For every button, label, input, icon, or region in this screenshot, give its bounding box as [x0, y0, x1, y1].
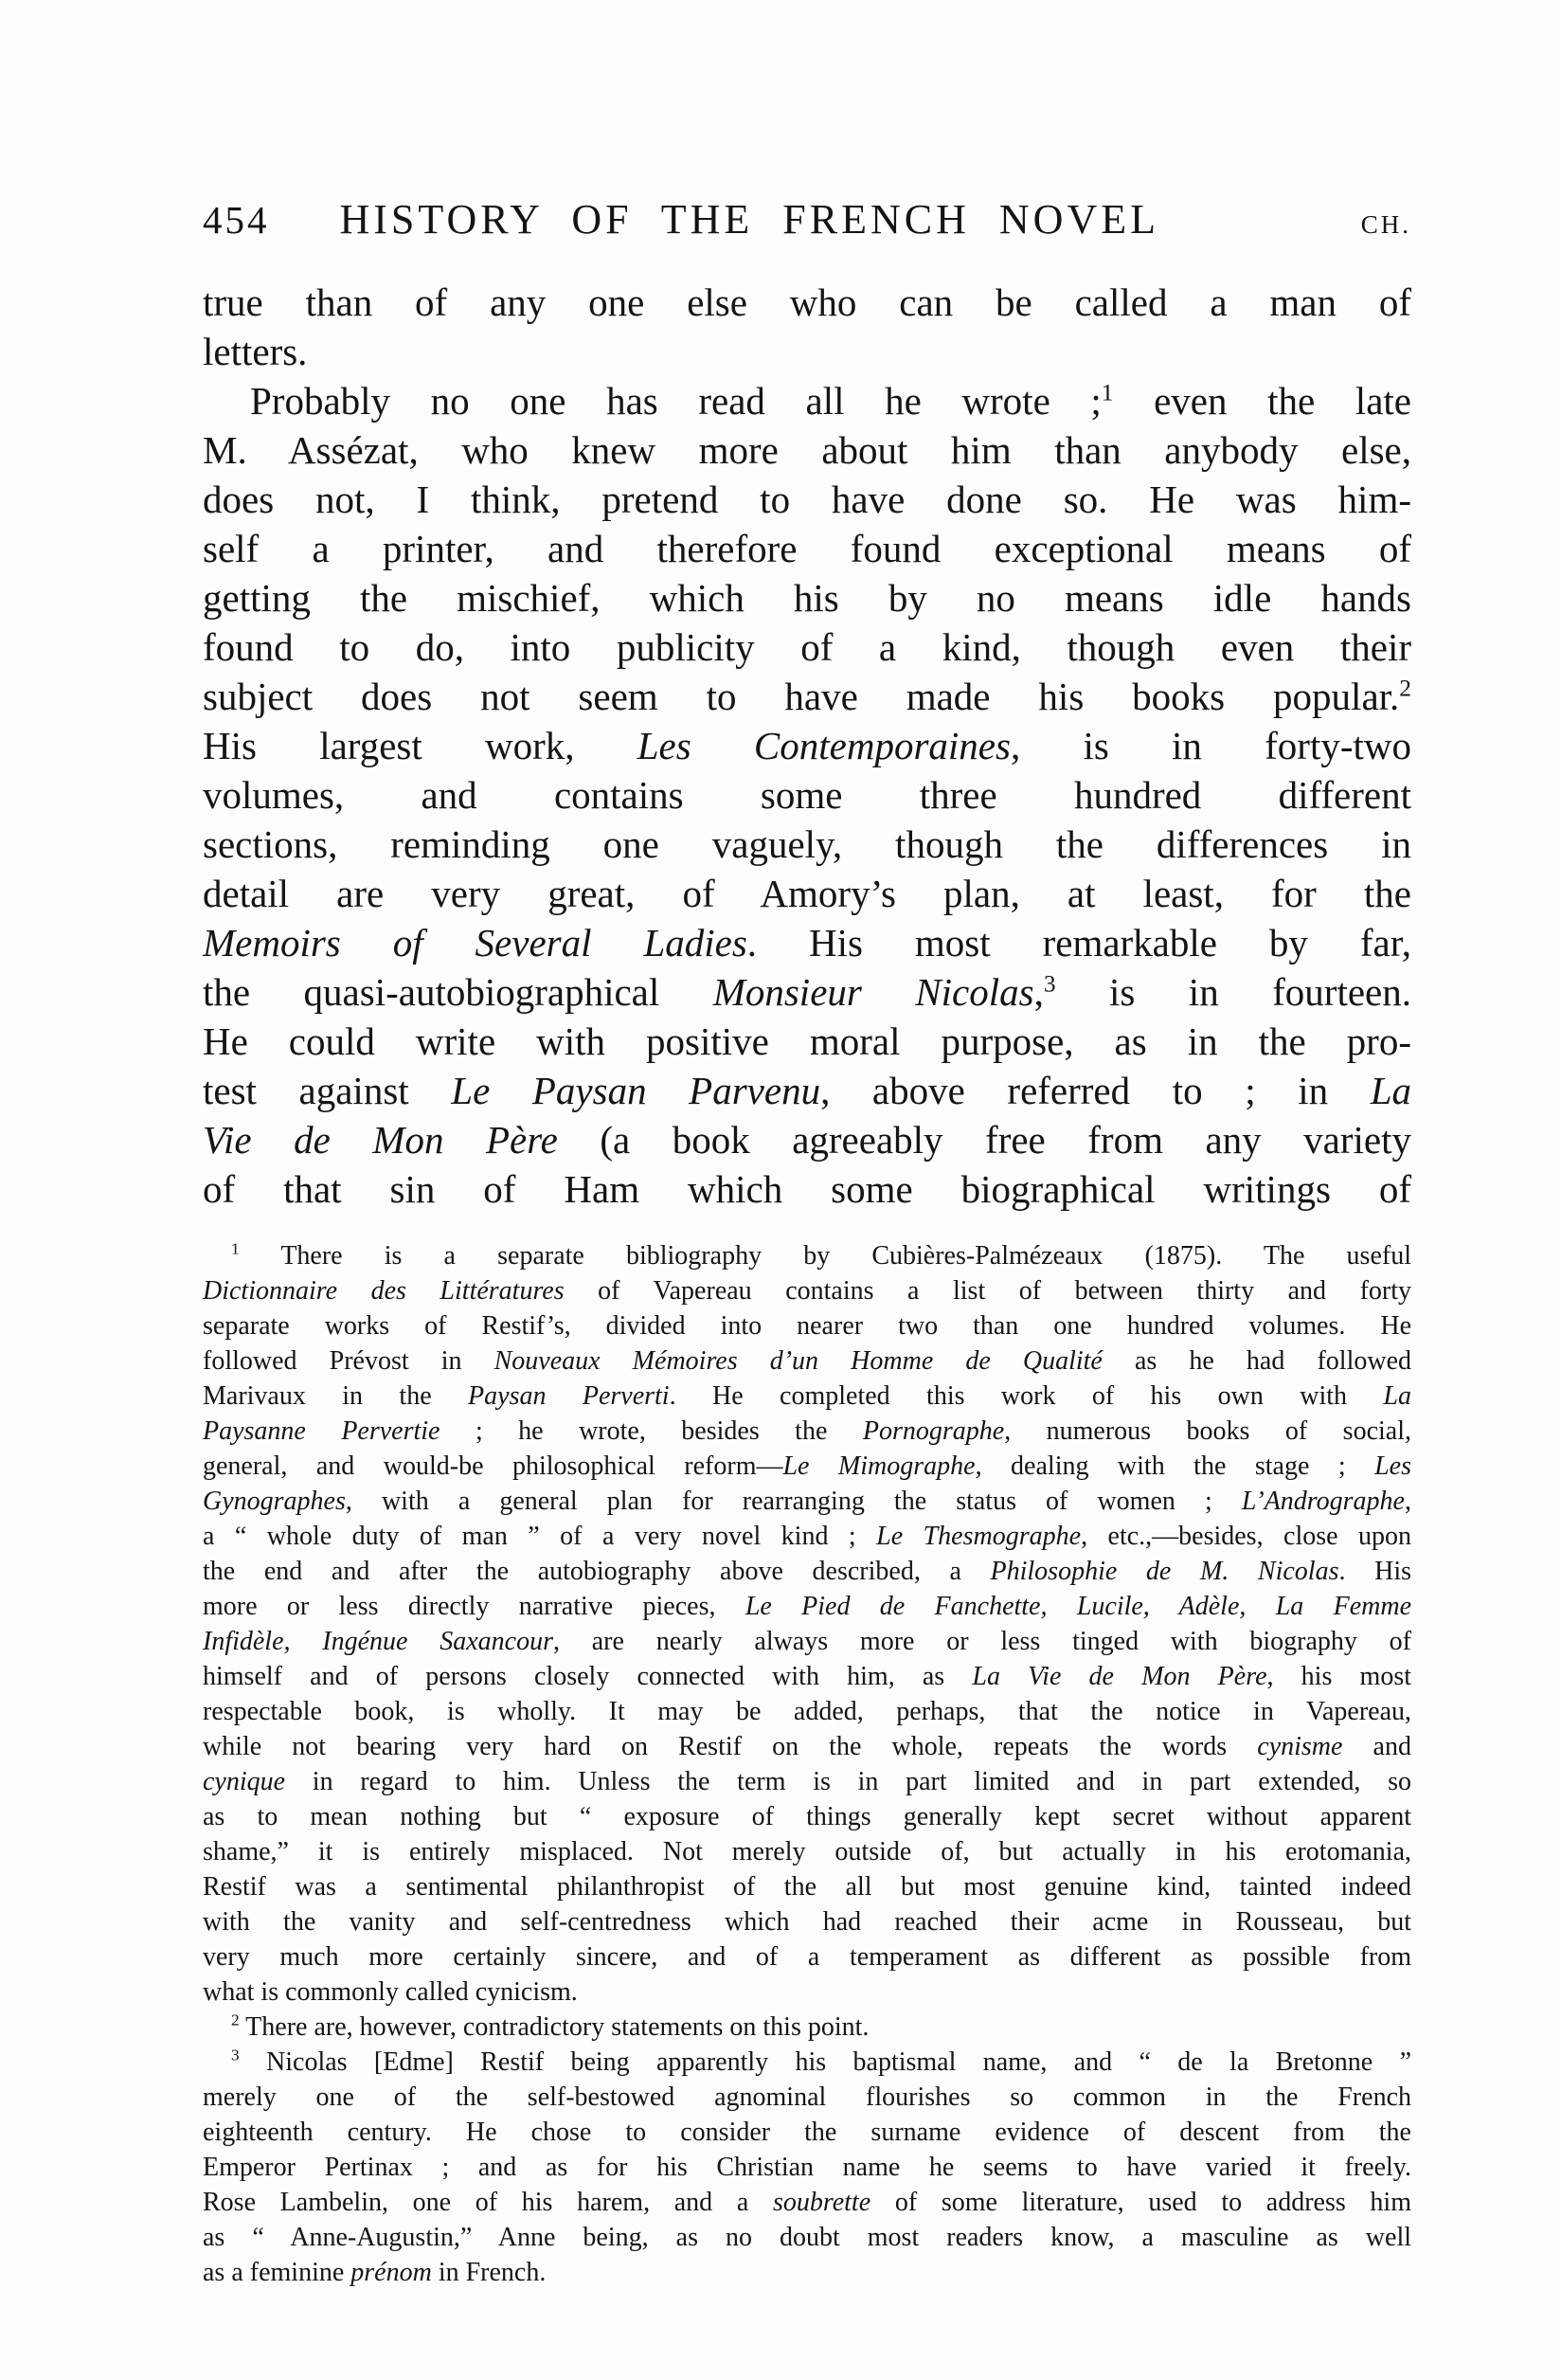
text-line: a “ whole duty of man ” of a very novel …: [203, 1519, 1411, 1554]
text-line: Probably no one has read all he wrote ;1…: [203, 376, 1411, 425]
running-title: HISTORY OF THE FRENCH NOVEL: [340, 195, 1361, 243]
text-line: Gynographes, with a general plan for rea…: [203, 1484, 1411, 1519]
text-line: He could write with positive moral purpo…: [203, 1017, 1411, 1066]
text-line: Rose Lambelin, one of his harem, and a s…: [203, 2185, 1411, 2220]
text-line: shame,” it is entirely misplaced. Not me…: [203, 1834, 1411, 1869]
text-line: volumes, and contains some three hundred…: [203, 770, 1411, 820]
text-line: found to do, into publicity of a kind, t…: [203, 622, 1411, 672]
text-line: followed Prévost in Nouveaux Mémoires d’…: [203, 1343, 1411, 1379]
text-line: what is commonly called cynicism.: [203, 1974, 1411, 2010]
text-line: Marivaux in the Paysan Perverti. He comp…: [203, 1379, 1411, 1414]
text-line: Memoirs of Several Ladies. His most rema…: [203, 918, 1411, 967]
text-line: Dictionnaire des Littératures of Vaperea…: [203, 1273, 1411, 1308]
text-line: 3 Nicolas [Edme] Restif being apparently…: [203, 2045, 1411, 2080]
footnote: 2 There are, however, contradictory stat…: [203, 2010, 1411, 2045]
text-line: Emperor Pertinax ; and as for his Christ…: [203, 2150, 1411, 2185]
text-line: very much more certainly sincere, and of…: [203, 1939, 1411, 1974]
text-line: Vie de Mon Père (a book agreeably free f…: [203, 1115, 1411, 1164]
text-line: test against Le Paysan Parvenu, above re…: [203, 1066, 1411, 1115]
text-line: does not, I think, pretend to have done …: [203, 475, 1411, 524]
text-line: while not bearing very hard on Restif on…: [203, 1729, 1411, 1764]
text-line: eighteenth century. He chose to consider…: [203, 2115, 1411, 2150]
text-line: true than of any one else who can be cal…: [203, 278, 1411, 327]
footnote: 1 There is a separate bibliography by Cu…: [203, 1238, 1411, 2010]
text-line: cynique in regard to him. Unless the ter…: [203, 1764, 1411, 1799]
text-line: as to mean nothing but “ exposure of thi…: [203, 1799, 1411, 1834]
text-line: respectable book, is wholly. It may be a…: [203, 1694, 1411, 1729]
text-line: as a feminine prénom in French.: [203, 2255, 1411, 2290]
text-line: detail are very great, of Amory’s plan, …: [203, 869, 1411, 918]
text-line: 1 There is a separate bibliography by Cu…: [203, 1238, 1411, 1273]
text-line: the quasi-autobiographical Monsieur Nico…: [203, 967, 1411, 1017]
text-line: sections, reminding one vaguely, though …: [203, 820, 1411, 869]
body-text: true than of any one else who can be cal…: [203, 278, 1411, 1214]
text-line: M. Assézat, who knew more about him than…: [203, 425, 1411, 475]
text-line: general, and would-be philosophical refo…: [203, 1449, 1411, 1484]
body-paragraph: true than of any one else who can be cal…: [203, 278, 1411, 376]
book-page: 454 HISTORY OF THE FRENCH NOVEL CH. true…: [0, 0, 1561, 2380]
text-line: self a printer, and therefore found exce…: [203, 524, 1411, 573]
text-line: Paysanne Pervertie ; he wrote, besides t…: [203, 1414, 1411, 1449]
text-line: subject does not seem to have made his b…: [203, 672, 1411, 721]
body-paragraph: Probably no one has read all he wrote ;1…: [203, 376, 1411, 1214]
footnotes: 1 There is a separate bibliography by Cu…: [203, 1238, 1411, 2290]
text-line: separate works of Restif’s, divided into…: [203, 1308, 1411, 1343]
text-line: with the vanity and self-centredness whi…: [203, 1904, 1411, 1939]
text-line: letters.: [203, 327, 1411, 376]
footnote: 3 Nicolas [Edme] Restif being apparently…: [203, 2045, 1411, 2290]
text-line: His largest work, Les Contemporaines, is…: [203, 721, 1411, 770]
text-line: the end and after the autobiography abov…: [203, 1554, 1411, 1589]
page-header: 454 HISTORY OF THE FRENCH NOVEL CH.: [203, 195, 1411, 243]
text-line: as “ Anne-Augustin,” Anne being, as no d…: [203, 2220, 1411, 2255]
text-line: Restif was a sentimental philanthropist …: [203, 1869, 1411, 1904]
text-line: merely one of the self-bestowed agnomina…: [203, 2080, 1411, 2115]
chapter-label: CH.: [1361, 210, 1411, 240]
text-line: Infidèle, Ingénue Saxancour, are nearly …: [203, 1624, 1411, 1659]
text-line: of that sin of Ham which some biographic…: [203, 1164, 1411, 1214]
text-line: more or less directly narrative pieces, …: [203, 1589, 1411, 1624]
text-line: himself and of persons closely connected…: [203, 1659, 1411, 1694]
text-line: 2 There are, however, contradictory stat…: [203, 2010, 1411, 2045]
page-number: 454: [203, 197, 270, 243]
text-line: getting the mischief, which his by no me…: [203, 573, 1411, 622]
